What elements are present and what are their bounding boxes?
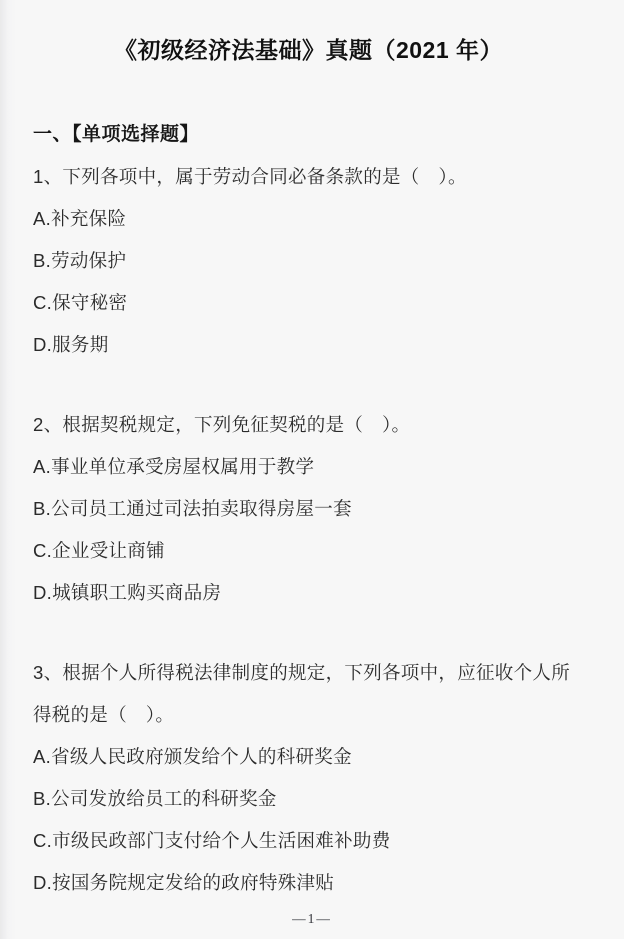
question-1: 1、下列各项中，属于劳动合同必备条款的是（ ）。A.补充保险B.劳动保护C.保守… xyxy=(33,156,584,366)
document-content: 《初级经济法基础》真题（2021 年） 一、【单项选择题】 1、下列各项中，属于… xyxy=(0,0,624,904)
question-2-option-A: A.事业单位承受房屋权属用于教学 xyxy=(33,446,584,488)
question-3-stem: 3、根据个人所得税法律制度的规定，下列各项中，应征收个人所得税的是（ ）。 xyxy=(33,652,584,736)
question-1-option-B: B.劳动保护 xyxy=(33,240,584,282)
question-2-option-D: D.城镇职工购买商品房 xyxy=(33,572,584,614)
question-2-option-B: B.公司员工通过司法拍卖取得房屋一套 xyxy=(33,488,584,530)
question-3-option-C: C.市级民政部门支付给个人生活困难补助费 xyxy=(33,820,584,862)
question-3-option-D: D.按国务院规定发给的政府特殊津贴 xyxy=(33,862,584,904)
question-1-stem: 1、下列各项中，属于劳动合同必备条款的是（ ）。 xyxy=(33,156,584,198)
question-1-option-A: A.补充保险 xyxy=(33,198,584,240)
question-1-option-D: D.服务期 xyxy=(33,324,584,366)
section-header: 一、【单项选择题】 xyxy=(33,114,584,156)
question-2-option-C: C.企业受让商铺 xyxy=(33,530,584,572)
question-2-stem: 2、根据契税规定，下列免征契税的是（ ）。 xyxy=(33,404,584,446)
page-number: —1— xyxy=(0,911,624,927)
question-1-option-C: C.保守秘密 xyxy=(33,282,584,324)
question-2: 2、根据契税规定，下列免征契税的是（ ）。A.事业单位承受房屋权属用于教学B.公… xyxy=(33,404,584,614)
question-3: 3、根据个人所得税法律制度的规定，下列各项中，应征收个人所得税的是（ ）。A.省… xyxy=(33,652,584,904)
question-3-option-A: A.省级人民政府颁发给个人的科研奖金 xyxy=(33,736,584,778)
exam-document-page: 《初级经济法基础》真题（2021 年） 一、【单项选择题】 1、下列各项中，属于… xyxy=(0,0,624,939)
page-title: 《初级经济法基础》真题（2021 年） xyxy=(33,0,584,66)
question-list: 1、下列各项中，属于劳动合同必备条款的是（ ）。A.补充保险B.劳动保护C.保守… xyxy=(33,156,584,904)
question-3-option-B: B.公司发放给员工的科研奖金 xyxy=(33,778,584,820)
